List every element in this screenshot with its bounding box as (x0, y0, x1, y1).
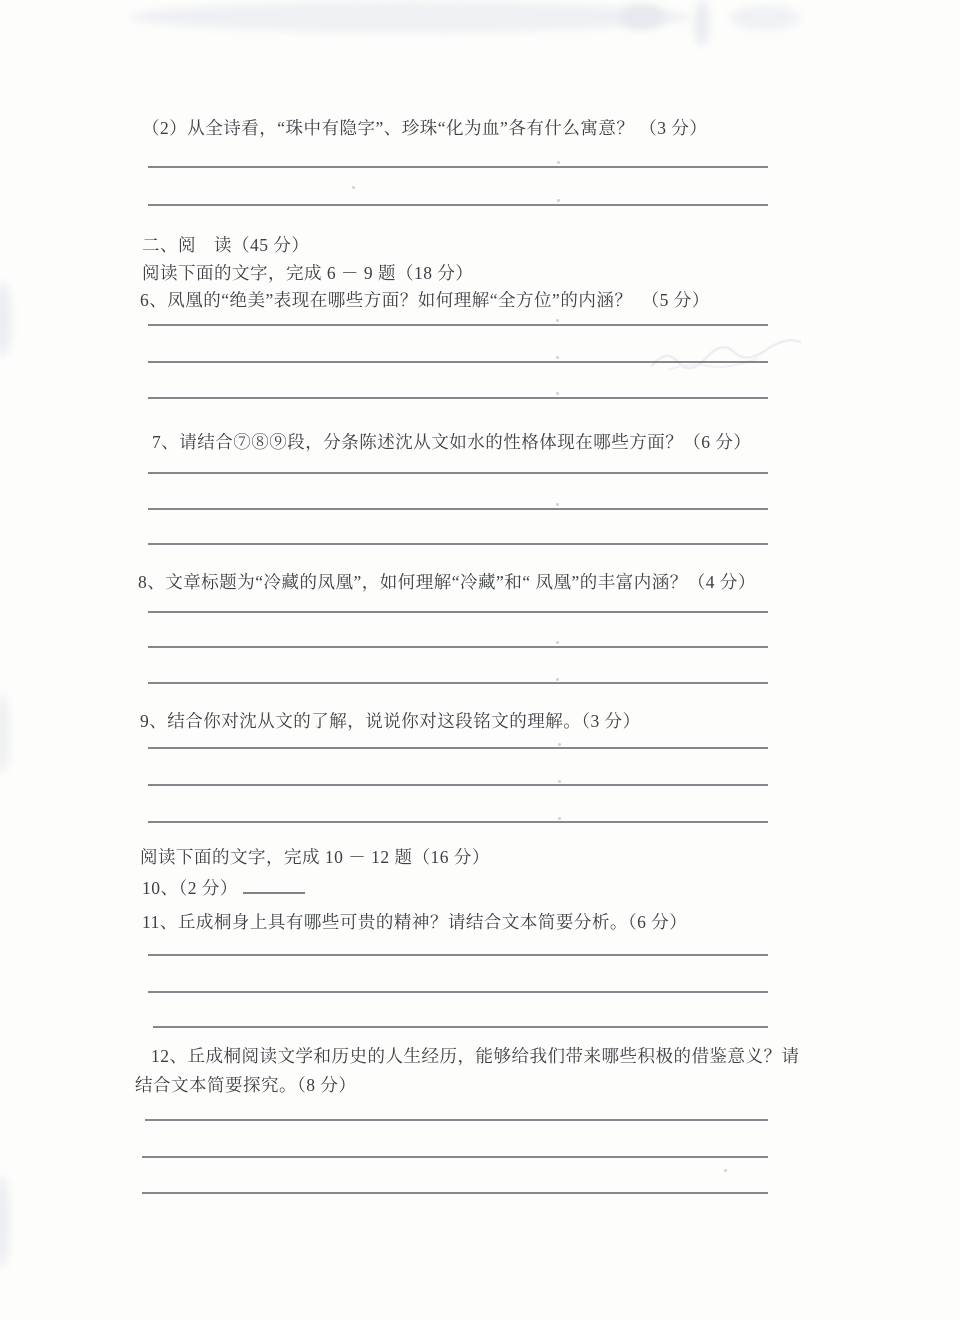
answer-line (153, 1026, 768, 1028)
scan-speck (556, 356, 559, 359)
answer-blank (243, 878, 305, 894)
scan-speck (558, 743, 561, 746)
answer-line (148, 397, 768, 399)
answer-line (148, 508, 768, 510)
section-heading: 二、阅 读（45 分） (142, 233, 309, 257)
answer-line (148, 472, 768, 474)
answer-line (148, 611, 768, 613)
question-9-text: 9、结合你对沈从文的了解，说说你对这段铭文的理解。（3 分） (140, 709, 641, 733)
answer-line (148, 361, 768, 363)
scan-speck (556, 503, 559, 506)
answer-line (148, 543, 768, 545)
scan-smudge (0, 282, 12, 356)
answer-line (148, 747, 768, 749)
answer-line (148, 682, 768, 684)
answer-line (148, 991, 768, 993)
answer-line (148, 324, 768, 326)
scan-speck (352, 186, 355, 189)
scan-speck (557, 161, 560, 164)
question-2-text: （2）从全诗看，“珠中有隐字”、珍珠“化为血”各有什么寓意？ （3 分） (142, 116, 707, 140)
question-7-text: 7、请结合⑦⑧⑨段，分条陈述沈从文如水的性格体现在哪些方面？（6 分） (152, 430, 751, 454)
question-8-text: 8、文章标题为“冷藏的凤凰”，如何理解“冷藏”和“ 凤凰”的丰富内涵？（4 分） (138, 570, 756, 594)
answer-line (142, 1156, 768, 1158)
reading1-intro: 阅读下面的文字，完成 6 － 9 题（18 分） (142, 261, 473, 285)
answer-line (148, 166, 768, 168)
scan-smudge (694, 0, 710, 46)
scan-speck (556, 319, 559, 322)
scan-speck (558, 780, 561, 783)
answer-line (148, 821, 768, 823)
question-11-text: 11、丘成桐身上具有哪些可贵的精神？请结合文本简要分析。（6 分） (142, 910, 687, 934)
scan-speck (558, 817, 561, 820)
scan-smudge (620, 4, 665, 30)
answer-line (142, 1192, 768, 1194)
scan-speck (556, 678, 559, 681)
scan-speck (557, 199, 560, 202)
question-10-label: 10、（2 分） (142, 878, 238, 898)
question-12-text: 12、丘成桐阅读文学和历史的人生经历，能够给我们带来哪些积极的借鉴意义？请结合文… (135, 1042, 807, 1100)
scan-smudge (130, 2, 690, 32)
scan-smudge (0, 694, 10, 772)
scan-speck (724, 1169, 727, 1172)
scan-smudge (0, 1175, 10, 1267)
answer-line (148, 784, 768, 786)
question-6-text: 6、凤凰的“绝美”表现在哪些方面？如何理解“全方位”的内涵？ （5 分） (140, 288, 710, 312)
exam-page: （2）从全诗看，“珠中有隐字”、珍珠“化为血”各有什么寓意？ （3 分） 二、阅… (0, 0, 960, 1320)
scan-smudge (730, 6, 800, 30)
answer-line (145, 1119, 768, 1121)
scan-speck (556, 392, 559, 395)
question-10-text: 10、（2 分） (142, 876, 305, 900)
answer-line (148, 954, 768, 956)
reading2-intro: 阅读下面的文字，完成 10 － 12 题（16 分） (140, 845, 490, 869)
pencil-mark (648, 336, 808, 378)
answer-line (148, 646, 768, 648)
scan-speck (556, 641, 559, 644)
answer-line (148, 204, 768, 206)
